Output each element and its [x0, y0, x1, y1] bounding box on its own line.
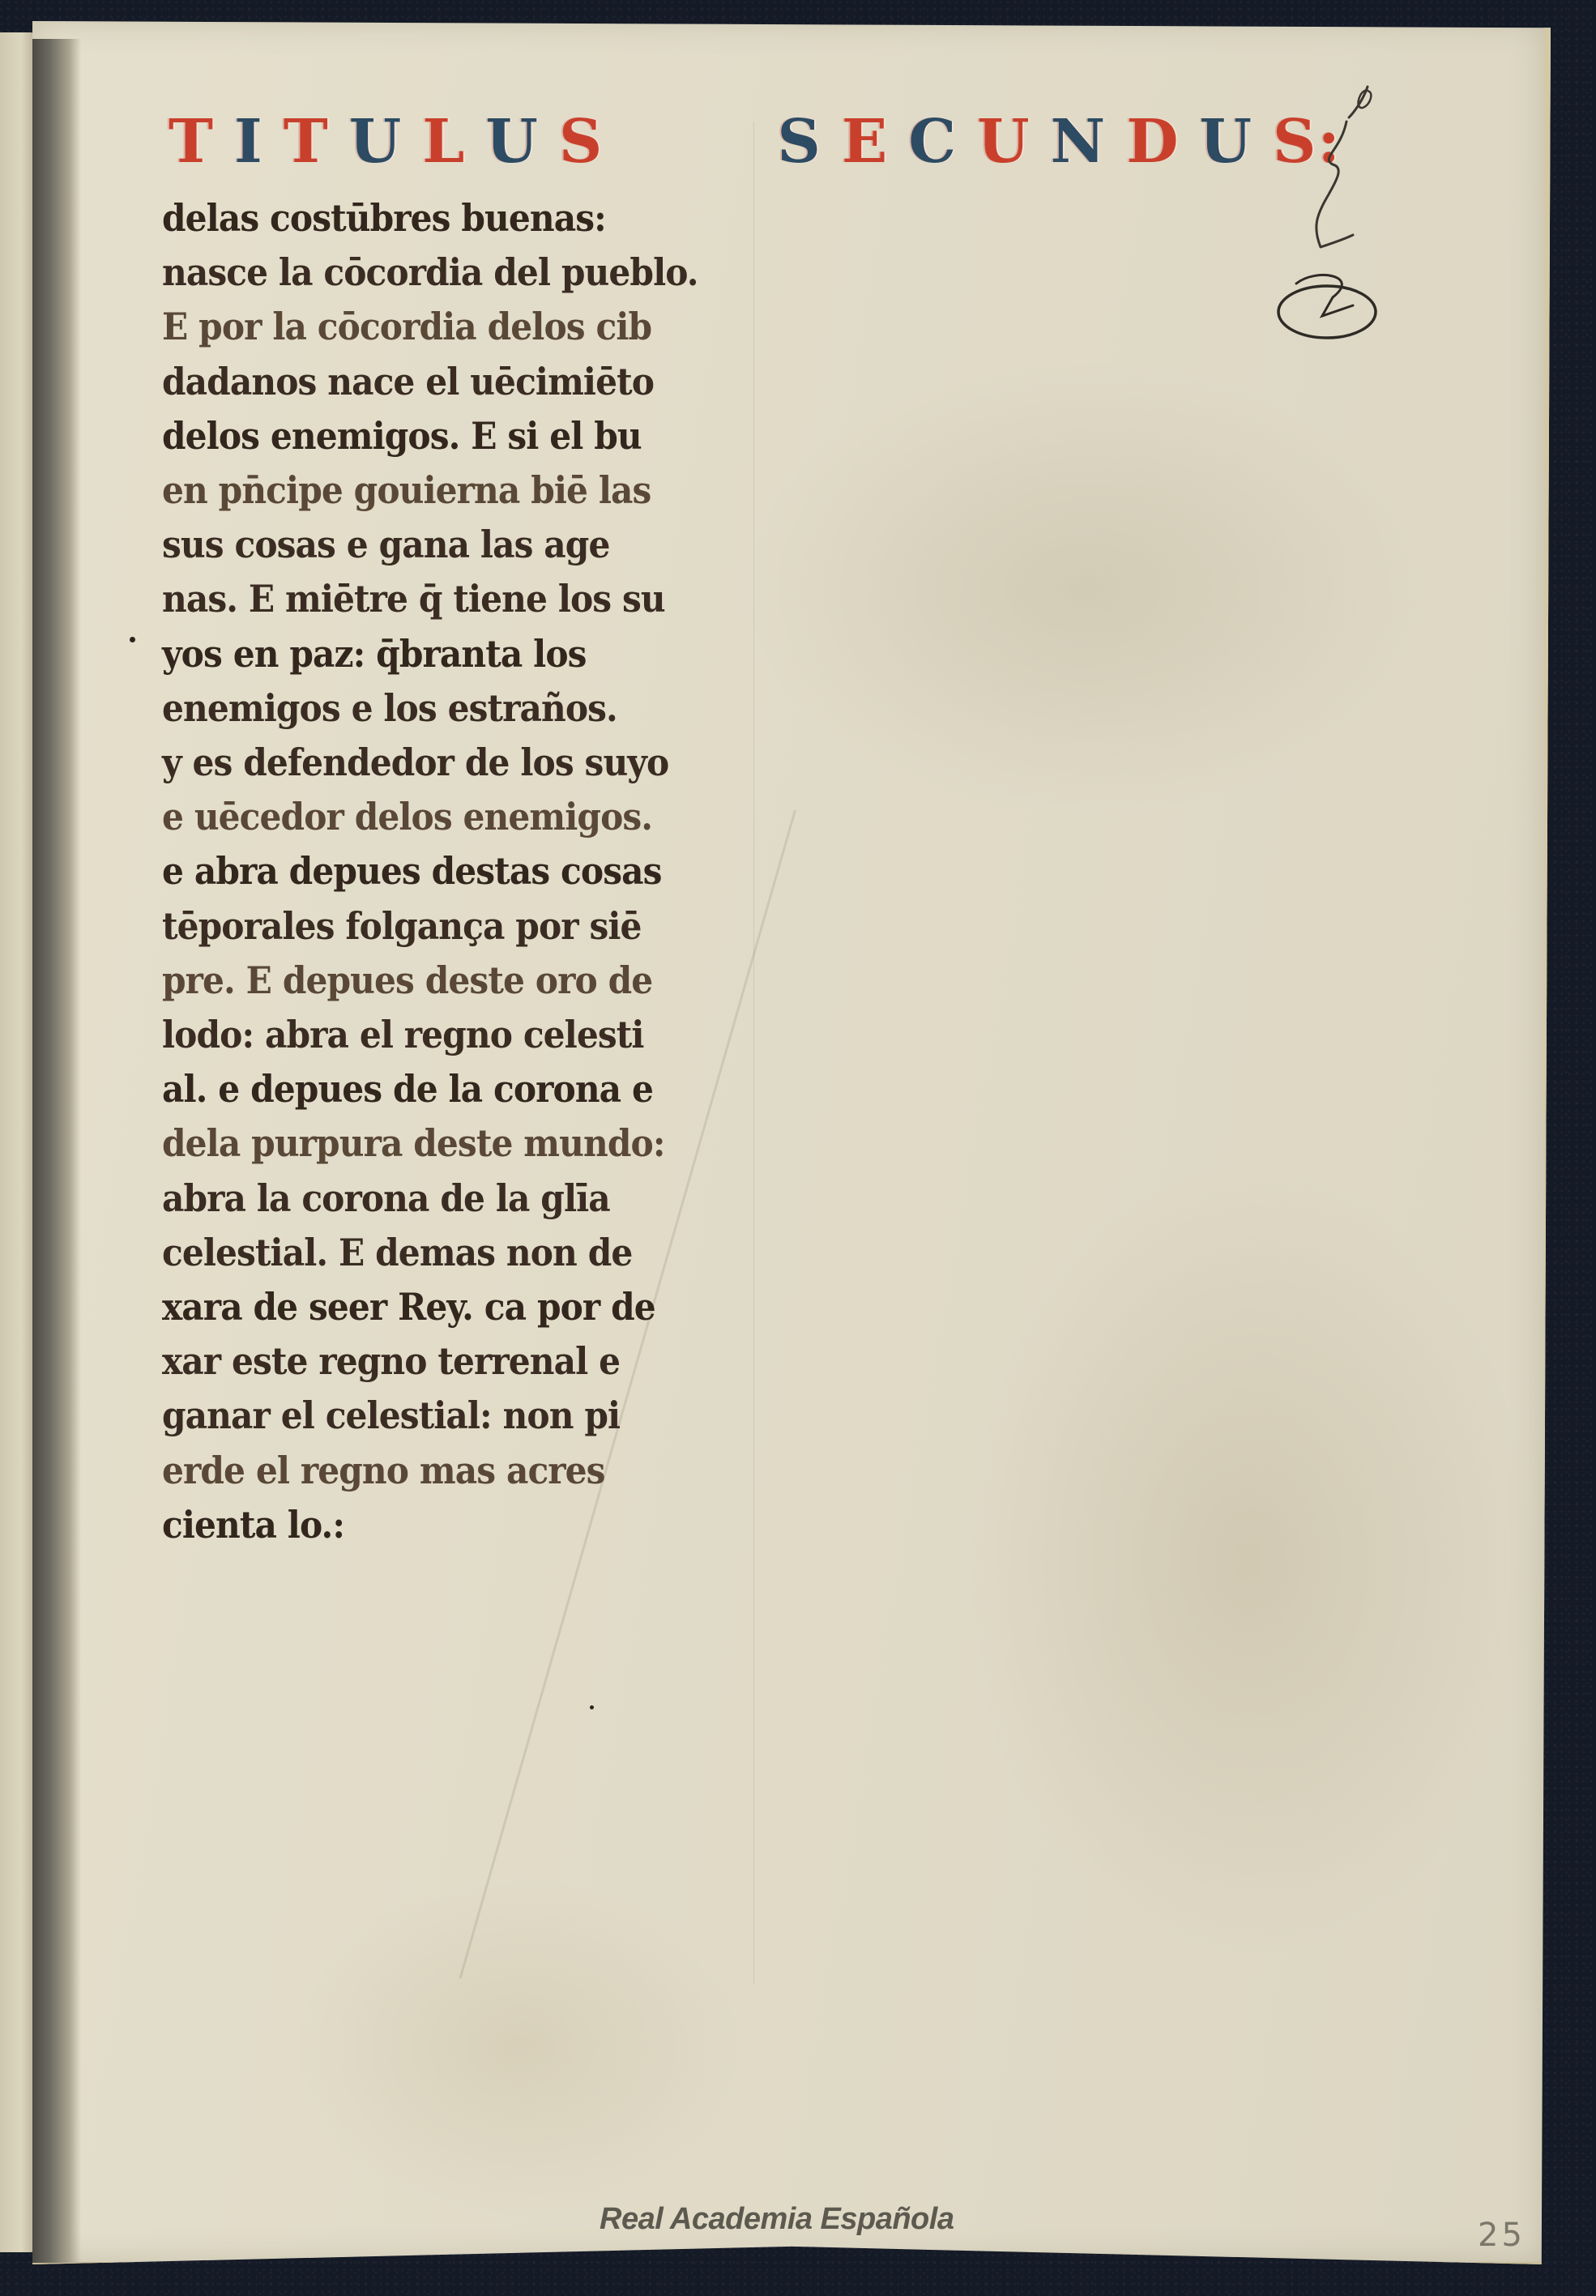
rubric-letter: I: [224, 112, 274, 172]
text-line: al. e depues de la corona e: [162, 1062, 639, 1116]
text-line: dadanos nace el uēcimiēto: [162, 355, 639, 409]
text-line: delas costūbres buenas:: [162, 191, 639, 245]
text-line: enemigos e los estraños.: [162, 681, 639, 736]
rubric-letter: N: [1041, 112, 1117, 172]
text-line: pre. E depues deste oro de: [162, 954, 639, 1008]
rubric-letter: U: [476, 112, 549, 172]
text-line: ganar el celestial: non pi: [162, 1389, 639, 1443]
rubric-letter: T: [159, 112, 224, 172]
rubric-letter: D: [1116, 112, 1189, 172]
rubric-word-titulus: T I T U L U S: [159, 112, 613, 172]
column-ruling-line: [753, 122, 754, 1985]
page-number: 25: [1478, 2217, 1526, 2254]
rubric-letter: S: [549, 112, 613, 172]
text-line: delos enemigos. E si el bu: [162, 409, 639, 463]
ink-dot-marker: [130, 637, 135, 642]
text-line: dela purpura deste mundo:: [162, 1116, 639, 1171]
rubric-letter: U: [1189, 112, 1263, 172]
text-line: e abra depues destas cosas: [162, 844, 639, 898]
text-line: abra la corona de la glīa: [162, 1171, 639, 1226]
text-line: cienta lo.:: [162, 1498, 639, 1552]
rubric-letter: U: [339, 112, 413, 172]
rubric-letter: T: [274, 112, 339, 172]
ink-dot-marker: [590, 1705, 594, 1709]
institution-watermark: Real Academia Española: [600, 2202, 954, 2237]
rubric-letter: E: [832, 112, 898, 172]
text-line: yos en paz: q̄branta los: [162, 627, 639, 681]
text-line: y es defendedor de los suyo: [162, 736, 639, 790]
previous-page-edge: [0, 32, 36, 2252]
manuscript-text-column: delas costūbres buenas: nasce la cōcordi…: [162, 191, 681, 1552]
gutter-shadow: [32, 39, 81, 2263]
text-line: sus cosas e gana las age: [162, 518, 639, 572]
text-line: E por la cōcordia delos cib: [162, 300, 639, 354]
rubric-letter: C: [898, 112, 967, 172]
text-line: tēporales folgança por siē: [162, 899, 639, 954]
rubric-title: T I T U L U S S E C U N D U S:: [159, 112, 1351, 172]
rubric-letter: S: [767, 112, 831, 172]
pencil-foliation-mark-icon: [1272, 77, 1393, 344]
rubric-letter: U: [967, 112, 1041, 172]
text-line: nasce la cōcordia del pueblo.: [162, 245, 639, 300]
text-line: nas. E miētre q̄ tiene los su: [162, 572, 639, 626]
text-line: e uēcedor delos enemigos.: [162, 790, 639, 844]
text-line: lodo: abra el regno celesti: [162, 1008, 639, 1062]
rubric-letter: L: [412, 112, 476, 172]
text-line: en pn̄cipe gouierna biē las: [162, 463, 639, 518]
rubric-word-secundus: S E C U N D U S:: [767, 112, 1351, 172]
text-line: xara de seer Rey. ca por de: [162, 1280, 639, 1334]
text-line: erde el regno mas acres: [162, 1444, 639, 1498]
text-line: xar este regno terrenal e: [162, 1334, 639, 1389]
text-line: celestial. E demas non de: [162, 1226, 639, 1280]
